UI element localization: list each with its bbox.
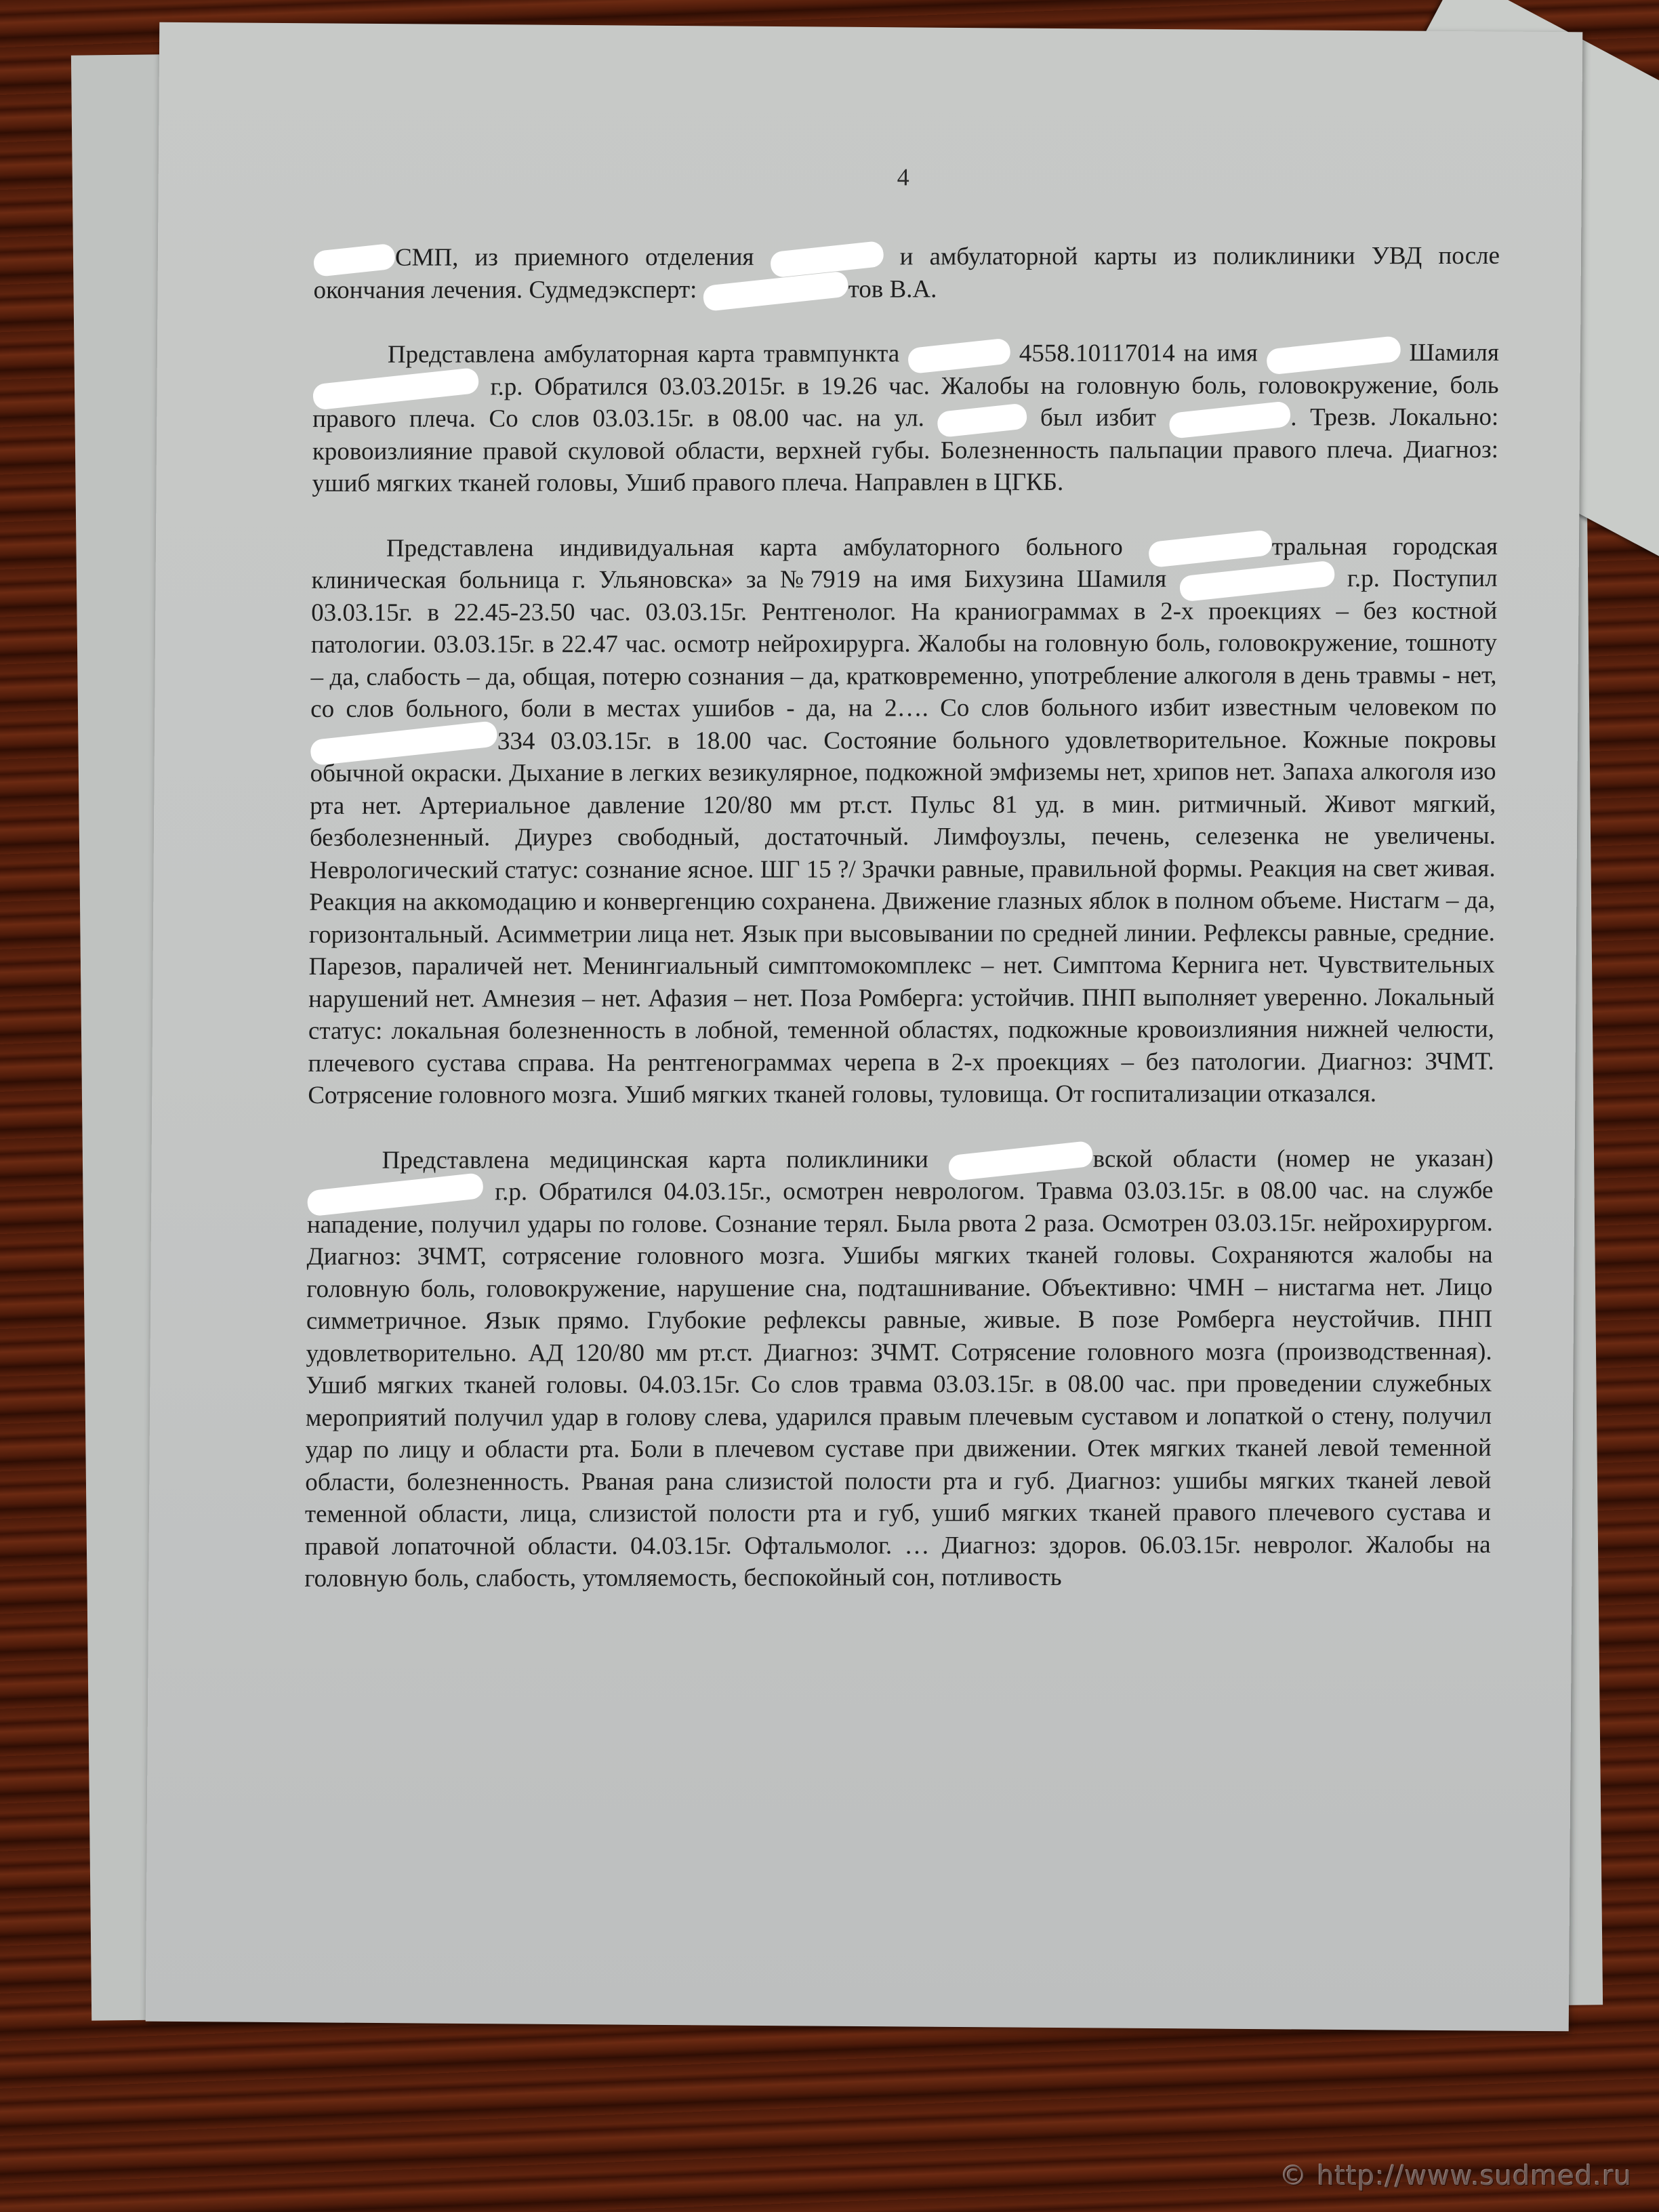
paragraph-gap — [312, 497, 1498, 532]
paragraph: Представлена индивидуальная карта амбула… — [308, 530, 1498, 1111]
redaction-mark — [1265, 335, 1401, 375]
paragraph-gap — [308, 1109, 1494, 1144]
paragraph-gap — [313, 304, 1499, 339]
redaction-mark — [310, 720, 498, 766]
redaction-mark — [1147, 529, 1273, 568]
redaction-mark — [1179, 560, 1336, 602]
redaction-mark — [937, 403, 1028, 438]
page-number: 4 — [897, 163, 909, 191]
watermark: © http://www.sudmed.ru — [1280, 2160, 1633, 2192]
redaction-mark — [947, 1141, 1094, 1181]
paragraph: Представлена медицинская карта поликлини… — [304, 1142, 1494, 1595]
paragraph: СМП, из приемного отделения и амбулаторн… — [313, 240, 1500, 306]
redaction-mark — [907, 337, 1012, 374]
paragraph: Представлена амбулаторная карта травмпун… — [312, 337, 1499, 500]
document-page: 4 СМП, из приемного отделения и амбулато… — [146, 22, 1583, 2032]
redaction-mark — [1168, 401, 1292, 439]
redaction-mark — [306, 1172, 484, 1216]
redaction-mark — [312, 243, 396, 277]
redaction-mark — [312, 367, 480, 411]
document-body: СМП, из приемного отделения и амбулаторн… — [304, 240, 1500, 1595]
